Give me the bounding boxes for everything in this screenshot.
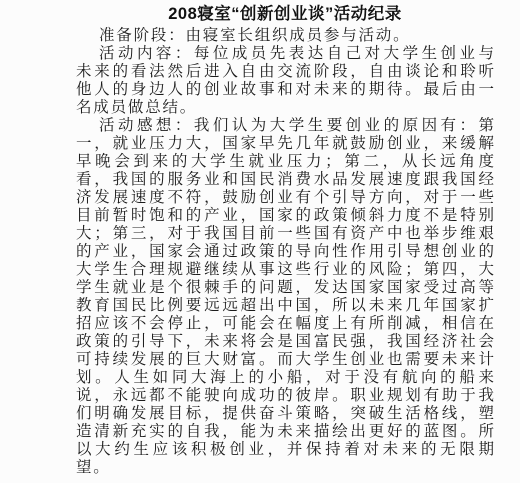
text-line: 政策的引导下，未来将会是国富民强，我国经济社会: [76, 333, 494, 351]
text-line: 未来的看法然后进入自由交流阶段，自由谈论和聆听: [76, 63, 494, 81]
text-line: 招应该不会停止，可能会在幅度上有所削减，相信在: [76, 315, 494, 333]
text-line: 名成员做总结。: [76, 99, 494, 117]
text-line: 划。人生如同大海上的小船，对于没有航向的船来: [76, 369, 494, 387]
text-line: 目前暂时饱和的产业，国家的政策倾斜力度不是特别: [76, 207, 494, 225]
document-title: 208寝室“创新创业谈”活动纪录: [76, 2, 494, 27]
text-line: 他人的身边人的创业故事和对未来的期待。最后由一: [76, 81, 494, 99]
text-line: 造清新充实的自我，能为未来描绘出更好的蓝图。所: [76, 423, 494, 441]
text-line: 活动感想：我们认为大学生要创业的原因有：第: [76, 117, 494, 135]
text-line: 望。: [76, 459, 494, 477]
text-line: 看，我国的服务业和国民消费水品发展速度跟我国经: [76, 171, 494, 189]
document-body: 准备阶段：由寝室长组织成员参与活动。活动内容：每位成员先表达自己对大学生创业与未…: [76, 27, 494, 477]
text-line: 的产业，国家会通过政策的导向性作用引导想创业的: [76, 243, 494, 261]
text-line: 们明确发展目标，提供奋斗策略，突破生活格线，塑: [76, 405, 494, 423]
text-line: 以大约生应该积极创业，并保持着对未来的无限期: [76, 441, 494, 459]
text-line: 早晚会到来的大学生就业压力；第二，从长远角度: [76, 153, 494, 171]
text-line: 教育国民比例要远远超出中国，所以未来几年国家扩: [76, 297, 494, 315]
text-line: 大；第三，对于我国目前一些国有资产中也举步维艰: [76, 225, 494, 243]
text-line: 可持续发展的巨大财富。而大学生创业也需要未来计: [76, 351, 494, 369]
text-line: 大学生合理规避继续从事这些行业的风险；第四，大: [76, 261, 494, 279]
text-line: 一，就业压力大，国家早先几年就鼓励创业，来缓解: [76, 135, 494, 153]
document-page: 208寝室“创新创业谈”活动纪录 准备阶段：由寝室长组织成员参与活动。活动内容：…: [0, 0, 520, 483]
text-line: 准备阶段：由寝室长组织成员参与活动。: [76, 27, 494, 45]
text-line: 济发展速度不符，鼓励创业有个引导方向，对于一些: [76, 189, 494, 207]
text-line: 活动内容：每位成员先表达自己对大学生创业与: [76, 45, 494, 63]
text-line: 学生就业是个很棘手的问题，发达国家国家受过高等: [76, 279, 494, 297]
text-line: 说，永远都不能驶向成功的彼岸。职业规划有助于我: [76, 387, 494, 405]
